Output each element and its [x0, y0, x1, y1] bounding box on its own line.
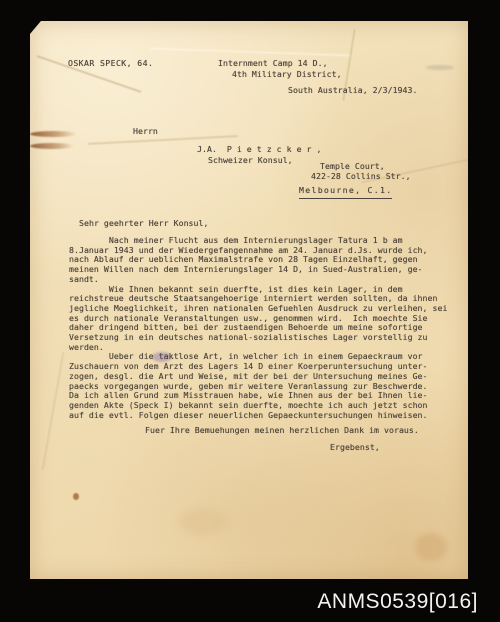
recipient-role: Schweizer Konsul, [208, 156, 293, 166]
recipient-name: J.A. P i e t z c k e r , [197, 145, 321, 155]
closing-line: Ergebenst, [330, 443, 380, 453]
stain-mark [30, 131, 77, 137]
thanks-line: Fuer Ihre Bemuehungen meinen herzlichen … [145, 426, 419, 436]
stain-mark [180, 509, 226, 535]
camp-address-line: Internment Camp 14 D., [218, 59, 328, 69]
paper-crease [150, 48, 350, 56]
stain-mark [73, 493, 79, 500]
recipient-city: Melbourne, C.1. [299, 186, 392, 199]
archive-reference-number: ANMS0539[016] [317, 590, 478, 614]
stain-mark [415, 533, 447, 561]
recipient-street: 422-28 Collins Str., [311, 172, 411, 182]
letter-document: OSKAR SPECK, 64. Internment Camp 14 D., … [30, 21, 468, 579]
stain-mark [30, 143, 74, 149]
sender-name: OSKAR SPECK, 64. [68, 59, 153, 69]
letter-body: Nach meiner Flucht aus dem Internierungs… [69, 236, 447, 420]
stain-mark [426, 65, 454, 70]
paper-crease [42, 352, 64, 470]
military-district-line: 4th Military District, [232, 70, 342, 80]
salutation: Sehr geehrter Herr Konsul, [79, 219, 208, 229]
archive-photograph: OSKAR SPECK, 64. Internment Camp 14 D., … [0, 0, 500, 622]
recipient-prefix: Herrn [133, 127, 158, 137]
place-and-date: South Australia, 2/3/1943. [288, 86, 417, 96]
